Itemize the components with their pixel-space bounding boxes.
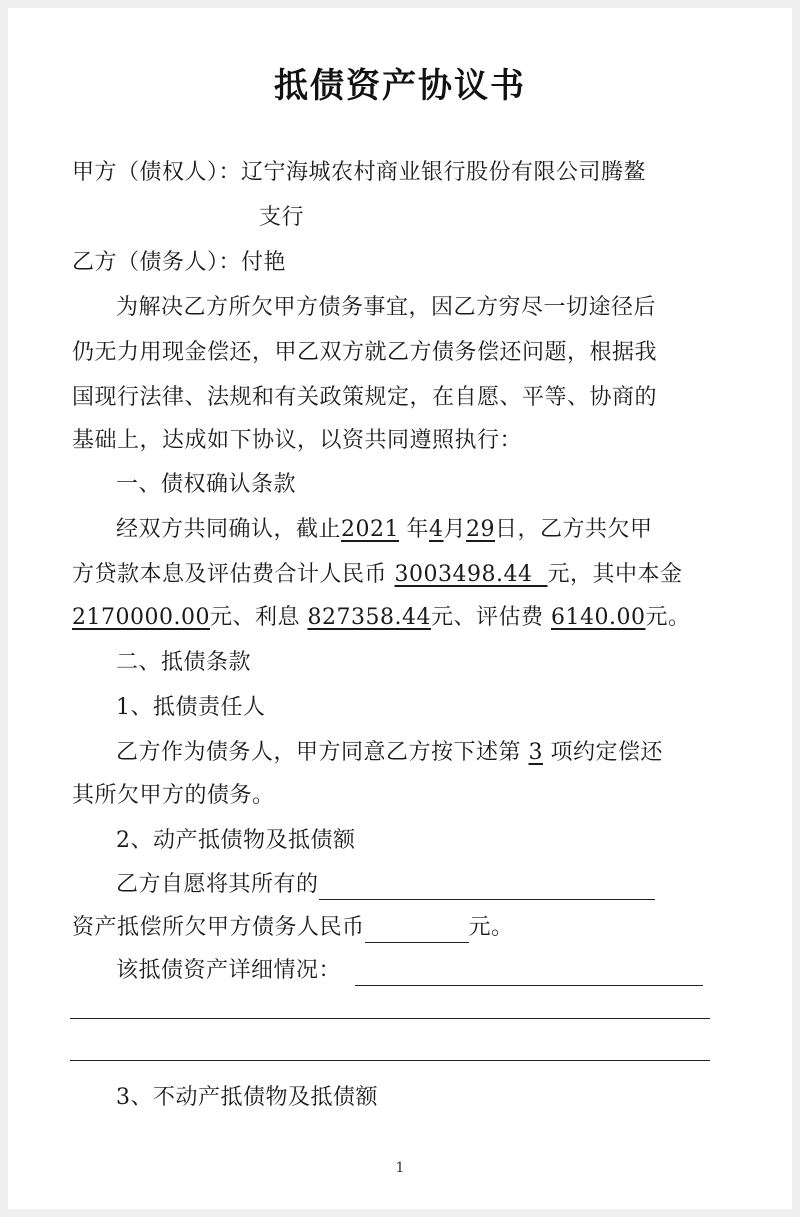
clause-number: 3 [529,740,544,765]
item2-line-3: 该抵债资产详细情况： [116,956,703,986]
date-day: 29 [466,517,495,542]
text: 乙方自愿将其所有的 [116,872,319,897]
item1-line-2: 其所欠甲方的债务。 [72,781,275,811]
item2-line-2: 资产抵偿所欠甲方债务人民币元。 [72,913,514,943]
document-page: 抵债资产协议书 甲方（债权人）：辽宁海城农村商业银行股份有限公司腾鳌 支行 乙方… [8,8,792,1209]
text: 项约定偿还 [551,740,664,765]
text: 年 [407,517,430,542]
text: 乙方作为债务人，甲方同意乙方按下述第 [116,740,521,765]
text: 月 [444,517,467,542]
date-year: 2021 [341,517,399,542]
item2-line-1: 乙方自愿将其所有的 [116,870,655,900]
preamble-line-3: 国现行法律、法规和有关政策规定，在自愿、平等、协商的 [72,383,657,413]
fee-amount: 6140.00 [551,605,645,630]
text: 元。 [645,605,690,630]
party-b-line: 乙方（债务人）：付艳 [72,248,286,278]
blank-line [70,1018,710,1019]
preamble-line-1: 为解决乙方所欠甲方债务事宜，因乙方穷尽一切途径后 [116,293,656,323]
text: 元，其中本金 [547,562,682,587]
section2-heading: 二、抵债条款 [116,648,251,678]
item2-heading: 2、动产抵债物及抵债额 [116,826,356,856]
text: 日，乙方共欠甲 [495,517,653,542]
principal-amount: 2170000.00 [72,605,210,630]
text: 元。 [469,915,514,940]
page-number: 1 [8,1160,792,1176]
document-title: 抵债资产协议书 [8,58,792,107]
preamble-line-2: 仍无力用现金偿还，甲乙双方就乙方债务偿还问题，根据我 [72,338,657,368]
text: 该抵债资产详细情况： [116,958,341,983]
preamble-line-4: 基础上，达成如下协议，以资共同遵照执行： [72,426,522,456]
item1-heading: 1、抵债责任人 [116,693,266,723]
text: 经双方共同确认，截止 [116,517,341,542]
blank-line [70,1060,710,1061]
text: 资产抵偿所欠甲方债务人民币 [72,915,365,940]
party-a-line: 甲方（债权人）：辽宁海城农村商业银行股份有限公司腾鳌 [72,158,646,188]
party-b-name: 付艳 [241,250,286,275]
item3-heading: 3、不动产抵债物及抵债额 [116,1083,378,1113]
text: 元、评估费 [431,605,544,630]
section1-line-1: 经双方共同确认，截止2021 年4月29日，乙方共欠甲 [116,515,653,545]
asset-detail-blank [355,963,703,986]
section1-line-2: 方贷款本息及评估费合计人民币 3003498.44 元，其中本金 [72,560,683,590]
text: 方贷款本息及评估费合计人民币 [72,562,387,587]
section1-heading: 一、债权确认条款 [116,470,296,500]
section1-line-3: 2170000.00元、利息 827358.44元、评估费 6140.00元。 [72,603,690,633]
interest-amount: 827358.44 [307,605,430,630]
date-month: 4 [429,517,444,542]
text: 元、利息 [210,605,300,630]
party-b-label: 乙方（债务人）： [72,250,241,275]
party-a-label: 甲方（债权人）： [72,160,241,185]
total-amount: 3003498.44 [395,562,533,587]
party-a-name: 辽宁海城农村商业银行股份有限公司腾鳌 [241,160,646,185]
asset-name-blank [319,877,655,900]
party-a-name-cont: 支行 [259,203,304,233]
amount-blank [365,920,469,943]
item1-line-1: 乙方作为债务人，甲方同意乙方按下述第 3 项约定偿还 [116,738,663,768]
